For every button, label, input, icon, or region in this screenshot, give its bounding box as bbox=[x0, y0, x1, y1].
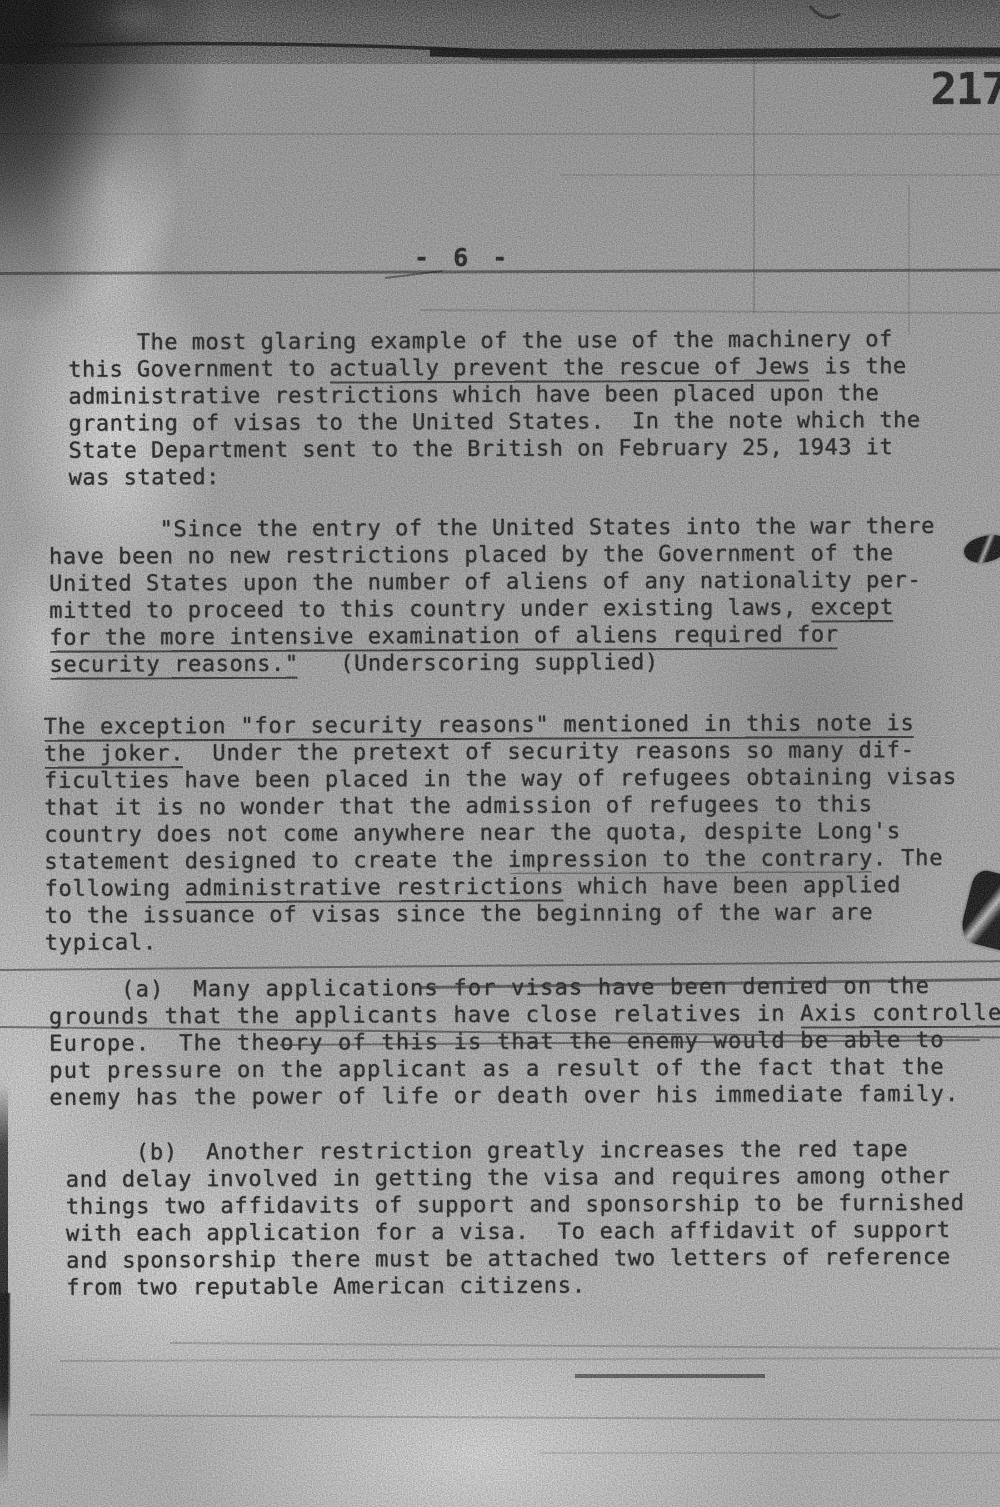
text-run: to the issuance of visas since the begin… bbox=[45, 900, 874, 929]
text-run: typical. bbox=[45, 930, 157, 955]
text-run: enemy has the power of life or death ove… bbox=[49, 1082, 959, 1111]
underlined-text: security reasons." bbox=[49, 652, 298, 678]
text-run: . The bbox=[873, 846, 943, 871]
text-line: (b) Another restriction greatly increase… bbox=[66, 1136, 1000, 1167]
text-run: administrative restrictions which have b… bbox=[68, 381, 879, 410]
text-line: from two reputable American citizens. bbox=[66, 1271, 1000, 1302]
text-line: following administrative restrictions wh… bbox=[44, 872, 1000, 903]
para-quote: "Since the entry of the United States in… bbox=[49, 513, 1000, 679]
text-run: grounds that the applicants have close r… bbox=[49, 1002, 800, 1030]
text-line: statement designed to create the impress… bbox=[44, 845, 1000, 876]
document-text: The most glaring example of the use of t… bbox=[0, 326, 1000, 1302]
text-line: have been no new restrictions placed by … bbox=[49, 540, 1000, 571]
scan-artifact-line bbox=[908, 185, 910, 335]
text-run: statement designed to create the bbox=[44, 848, 508, 875]
scan-number: 217 bbox=[931, 64, 1000, 115]
scan-artifact-line bbox=[575, 1374, 765, 1378]
text-run: "Since the entry of the United States in… bbox=[49, 514, 935, 543]
text-run: United States upon the number of aliens … bbox=[49, 568, 921, 597]
underlined-text: actually prevent the rescue of Jews bbox=[329, 354, 810, 381]
scan-artifact-line bbox=[540, 1452, 1000, 1454]
text-line: and sponsorship there must be attached t… bbox=[66, 1244, 1000, 1275]
text-line: The most glaring example of the use of t… bbox=[68, 326, 1000, 357]
text-line: the joker. Under the pretext of security… bbox=[44, 737, 1000, 768]
para-a: (a) Many applications for visas have bee… bbox=[49, 973, 1000, 1112]
text-line: State Department sent to the British on … bbox=[68, 434, 1000, 465]
text-run: with each application for a visa. To eac… bbox=[66, 1218, 951, 1247]
text-line: this Government to actually prevent the … bbox=[68, 353, 1000, 384]
text-line: with each application for a visa. To eac… bbox=[66, 1217, 1000, 1248]
underlined-text: administrative restrictions bbox=[185, 875, 564, 902]
underlined-text: except bbox=[811, 595, 894, 620]
text-line: was stated: bbox=[69, 461, 1000, 492]
text-line: to the issuance of visas since the begin… bbox=[44, 899, 1000, 930]
text-run: country does not come anywhere near the … bbox=[44, 819, 901, 848]
text-line: administrative restrictions which have b… bbox=[68, 380, 1000, 411]
text-run: State Department sent to the British on … bbox=[68, 435, 893, 464]
scan-artifact-line bbox=[753, 58, 755, 313]
text-line: granting of visas to the United States. … bbox=[68, 407, 1000, 438]
text-run: have been no new restrictions placed by … bbox=[49, 541, 894, 570]
text-run: (a) Many applications for visas have bee… bbox=[49, 974, 930, 1003]
text-line: typical. bbox=[45, 926, 1000, 957]
text-line: Europe. The theory of this is that the e… bbox=[49, 1027, 1000, 1058]
text-run: put pressure on the applicant as a resul… bbox=[49, 1055, 945, 1084]
text-line: (a) Many applications for visas have bee… bbox=[49, 973, 1000, 1004]
text-run: (Underscoring supplied) bbox=[299, 650, 659, 677]
page-number: - 6 - bbox=[414, 243, 507, 272]
text-line: "Since the entry of the United States in… bbox=[49, 513, 1000, 544]
text-run: and sponsorship there must be attached t… bbox=[66, 1245, 951, 1274]
text-line: mitted to proceed to this country under … bbox=[49, 594, 1000, 625]
underlined-text: impression to the contrary bbox=[508, 846, 873, 873]
para-exception: The exception "for security reasons" men… bbox=[44, 710, 1000, 957]
text-run: (b) Another restriction greatly increase… bbox=[66, 1137, 909, 1166]
para-b: (b) Another restriction greatly increase… bbox=[66, 1136, 1000, 1302]
text-line: United States upon the number of aliens … bbox=[49, 567, 1000, 598]
text-run: this Government to bbox=[68, 357, 329, 383]
text-run: granting of visas to the United States. … bbox=[68, 408, 920, 437]
text-run: was stated: bbox=[69, 465, 220, 491]
text-line: ficulties have been placed in the way of… bbox=[44, 764, 1000, 795]
scan-artifact-line bbox=[0, 133, 1000, 135]
underlined-text: The exception "for security reasons" men… bbox=[44, 711, 915, 740]
text-line: enemy has the power of life or death ove… bbox=[49, 1081, 1000, 1112]
text-line: that it is no wonder that the admission … bbox=[44, 791, 1000, 822]
para-intro: The most glaring example of the use of t… bbox=[68, 326, 1000, 492]
text-run: mitted to proceed to this country under … bbox=[49, 595, 811, 623]
text-run: following bbox=[44, 876, 185, 902]
text-run: from two reputable American citizens. bbox=[66, 1273, 586, 1300]
text-line: grounds that the applicants have close r… bbox=[49, 1000, 1000, 1031]
text-line: The exception "for security reasons" men… bbox=[44, 710, 1000, 741]
text-run: Under the pretext of security reasons so… bbox=[184, 738, 914, 766]
scan-left-edge-lower bbox=[0, 1293, 10, 1423]
text-run: The most glaring example of the use of t… bbox=[68, 327, 893, 356]
text-run: things two affidavits of support and spo… bbox=[66, 1191, 965, 1220]
text-line: and delay involved in getting the visa a… bbox=[66, 1163, 1000, 1194]
text-line: security reasons." (Underscoring supplie… bbox=[49, 648, 1000, 679]
scan-artifact-line bbox=[560, 174, 1000, 176]
text-run: that it is no wonder that the admission … bbox=[44, 792, 873, 821]
text-run: ficulties have been placed in the way of… bbox=[44, 765, 957, 794]
text-line: for the more intensive examination of al… bbox=[49, 621, 1000, 652]
text-run: is the bbox=[810, 354, 906, 379]
text-line: put pressure on the applicant as a resul… bbox=[49, 1054, 1000, 1085]
text-run: Europe. The theory of this is that the e… bbox=[49, 1028, 945, 1057]
text-line: country does not come anywhere near the … bbox=[44, 818, 1000, 849]
scanned-document-page: 217 - 6 - The most glaring example of th… bbox=[0, 0, 1000, 1507]
text-line: things two affidavits of support and spo… bbox=[66, 1190, 1000, 1221]
text-run: which have been applied bbox=[564, 873, 901, 899]
underlined-text: the joker. bbox=[44, 741, 185, 767]
underlined-text: for the more intensive examination of al… bbox=[49, 622, 838, 650]
text-run: and delay involved in getting the visa a… bbox=[66, 1164, 951, 1193]
underlined-text: Axis controlled bbox=[800, 1001, 1000, 1027]
